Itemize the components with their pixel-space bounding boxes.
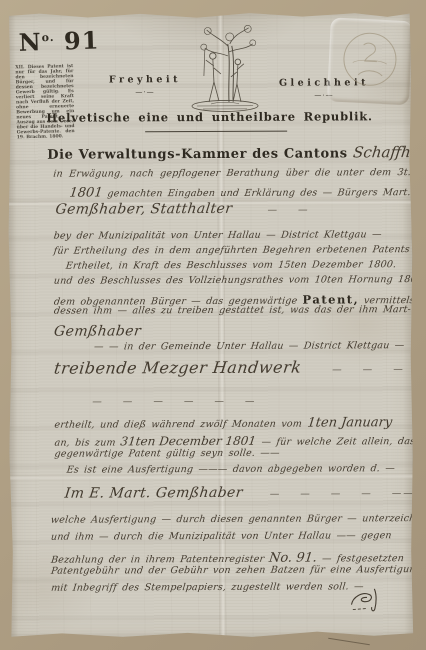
dash-filler: — —	[267, 205, 310, 216]
body-line: Patentgebühr und der Gebühr von zehen Ba…	[50, 564, 425, 577]
margin-regulation-note: XII. Dieses Patent ist nur für das Jahr,…	[15, 64, 75, 140]
document-number-letter: N	[18, 27, 42, 57]
body-line: und des Beschlusses des Vollziehungsrath…	[53, 274, 426, 287]
seal-figure-icon	[327, 17, 413, 105]
document-number: No. 91	[18, 25, 100, 56]
patent-document-sheet: No. 91 XII. Dieses Patent ist nur für da…	[7, 11, 415, 640]
dash-filler-row: — — — — — —	[92, 396, 257, 408]
republic-title: Helvetische eine und untheilbare Republi…	[7, 109, 412, 125]
trade-name: treibende Mezger Handwerk	[53, 358, 302, 378]
dash-filler: — — —	[332, 364, 406, 375]
document-number-sup: o.	[41, 31, 54, 44]
document-number-value: 91	[64, 25, 100, 55]
trade-line: treibende Mezger Handwerk — — —	[54, 357, 405, 378]
body-line: dessen ihm — alles zu treiben gestattet …	[53, 304, 411, 317]
body-line: Ertheilet, in Kraft des Beschlusses vom …	[65, 259, 397, 271]
grantee-copy-name: Im E. Mart. Gemßhaber	[64, 485, 244, 502]
title-rule	[145, 131, 287, 133]
heading-canton-written: Schaffhausen	[352, 143, 426, 161]
validity-post-2: — für welche Zeit allein, das	[261, 436, 416, 448]
grantee-copy-line: Im E. Mart. Gemßhaber — — — — ——	[65, 481, 415, 502]
grantee-name-line: Gemßhaber, Statthalter — —	[55, 198, 309, 218]
photo-backing: No. 91 XII. Dieses Patent ist nur für da…	[0, 0, 426, 650]
grantee-name-repeat: Gemßhaber	[53, 323, 142, 339]
body-line: für Ertheilung des in dem angeführten Be…	[53, 244, 410, 257]
blind-embossed-seal	[327, 17, 413, 105]
signature-paraph-icon	[346, 584, 392, 617]
dash-filler: — — — — ——	[269, 488, 415, 500]
body-line: mit Inbegriff des Stempelpapiers, zugest…	[50, 581, 364, 593]
body-line: welche Ausfertigung — durch diesen genan…	[50, 513, 426, 526]
tell-vignette-icon	[175, 22, 275, 114]
register-number: No. 91.	[268, 551, 318, 566]
heading-printed: Die Verwaltungs-Kammer des Cantons	[47, 146, 348, 162]
body-line: gegenwärtige Patent gültig seyn solle. —…	[54, 448, 281, 460]
body-line: Es ist eine Ausfertigung ——— davon abgeg…	[66, 463, 396, 475]
issuing-authority-heading: Die Verwaltungs-Kammer des Cantons Schaf…	[47, 142, 426, 163]
gemeinde-line: — — in der Gemeinde Unter Hallau — Distr…	[93, 340, 405, 352]
validity-end-date: 31ten December 1801	[120, 434, 257, 449]
validity-pre-2: an, bis zum	[54, 437, 116, 448]
body-line: und ihm — durch die Munizipalität von Un…	[50, 530, 392, 542]
grantee-name: Gemßhaber, Statthalter	[55, 201, 234, 218]
validity-line-2: an, bis zum 31ten December 1801 — für we…	[54, 429, 415, 450]
body-line: bey der Munizipalität von Unter Hallau —…	[53, 229, 382, 241]
register-post: — festgesetzten	[322, 553, 405, 564]
intro-line-1: in Erwägung, nach gepflogener Berathung …	[53, 167, 426, 180]
backing-scratch-mark	[328, 638, 370, 646]
